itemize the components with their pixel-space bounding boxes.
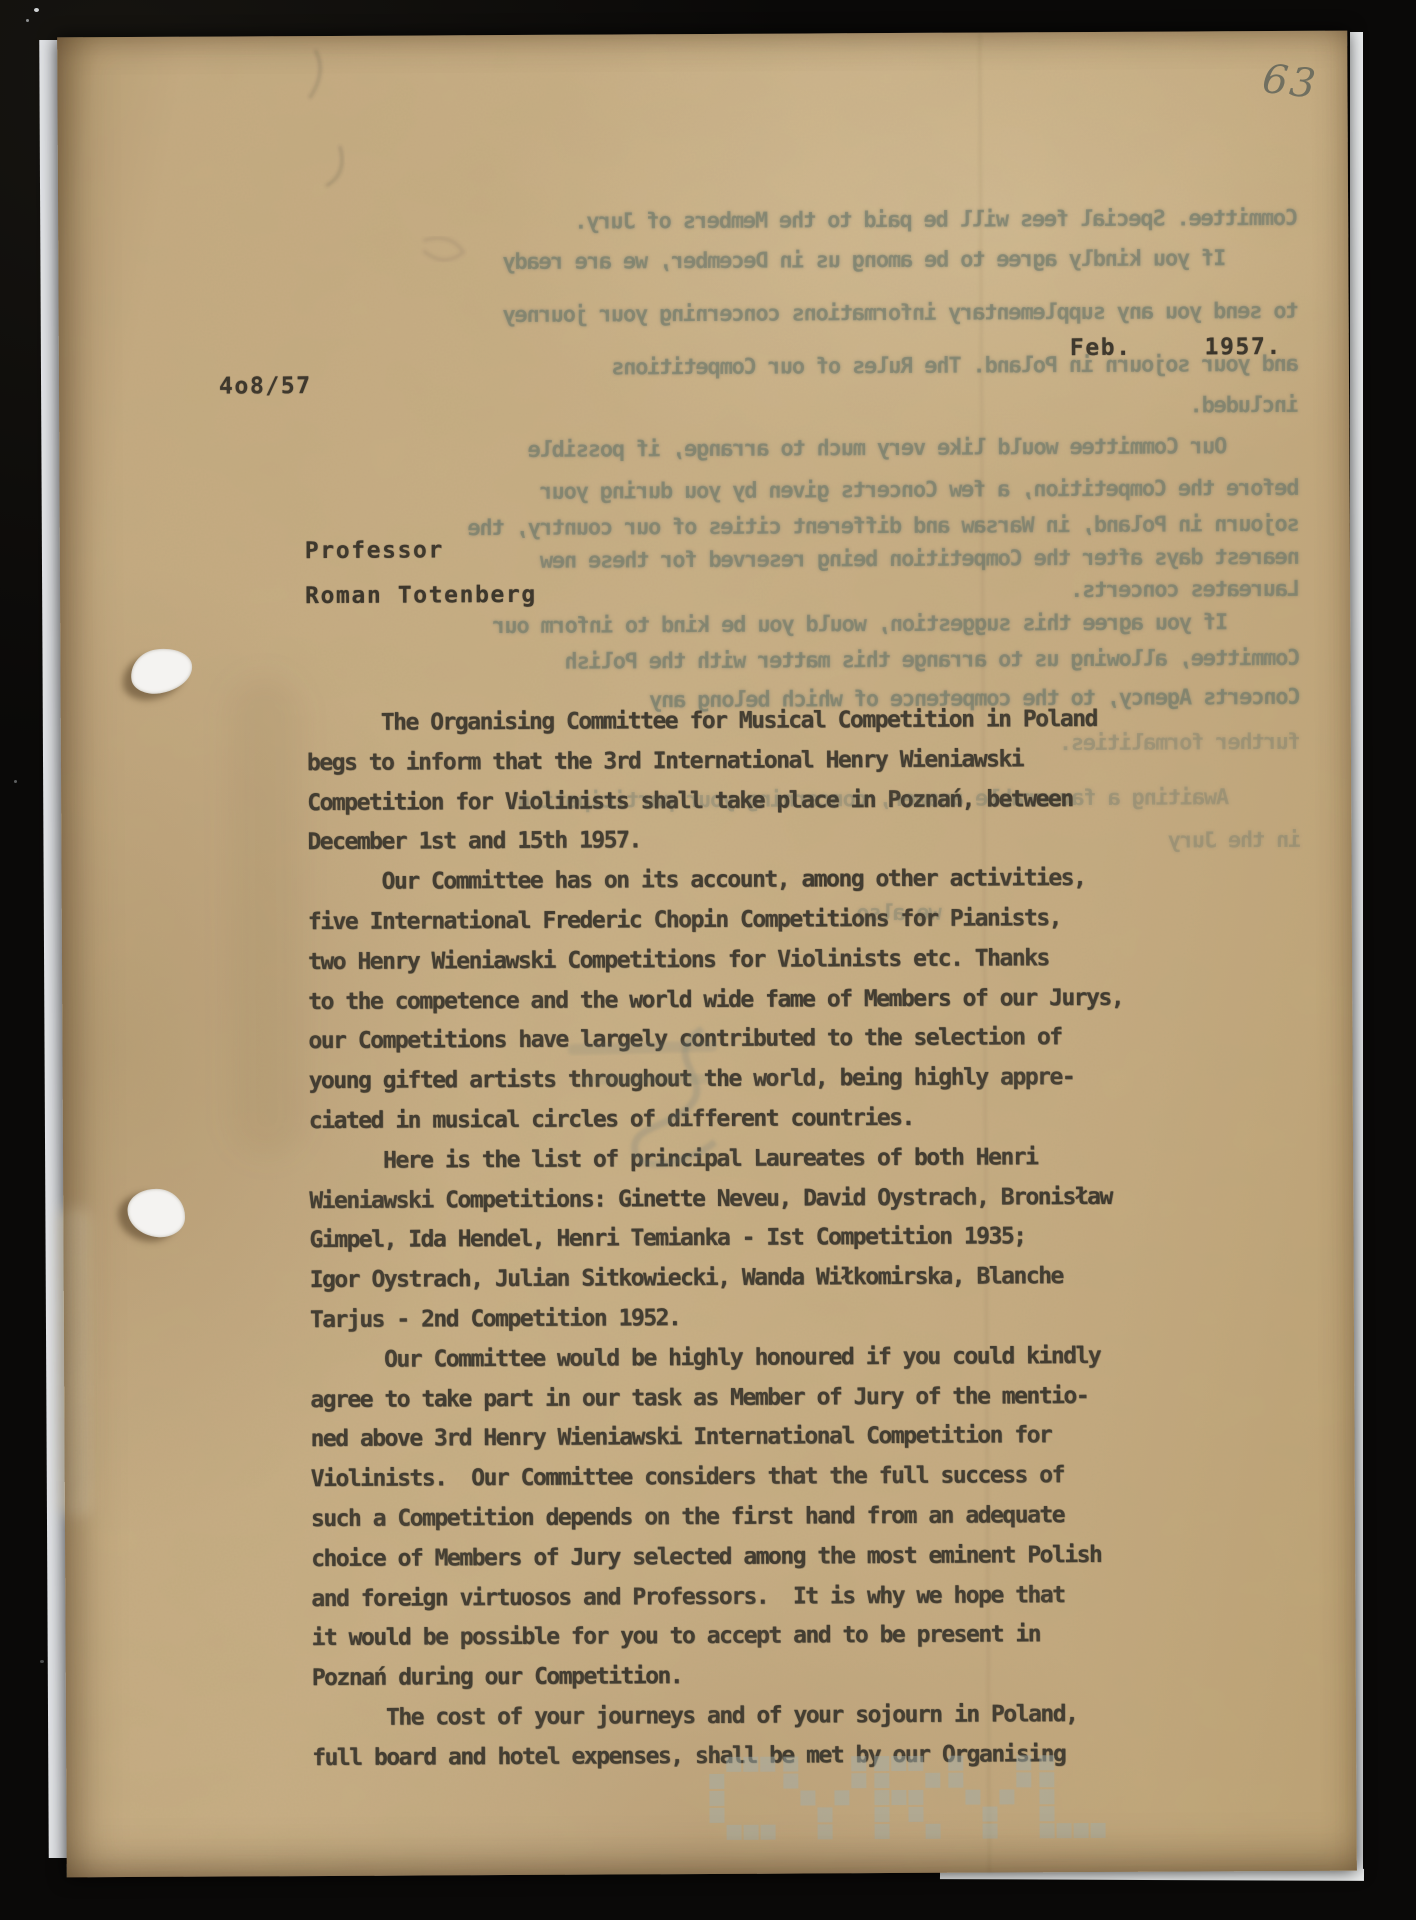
bleed-line: sojourn in Poland, in Warsaw and differe… — [469, 510, 1300, 544]
watermark-block — [1040, 1823, 1055, 1838]
watermark-block — [874, 1790, 889, 1805]
typed-line: to the competence and the world wide fam… — [308, 978, 1123, 1022]
bleed-line: Committee. Special fees will be paid to … — [575, 204, 1298, 238]
hole-punch-top — [128, 645, 196, 697]
watermark-block — [891, 1790, 906, 1805]
typed-line: choice of Members of Jury selected among… — [311, 1536, 1126, 1580]
watermark-block — [817, 1807, 832, 1822]
watermark-block — [965, 1790, 980, 1805]
typed-line: Competition for Violinists shall take pl… — [307, 779, 1122, 823]
typed-line: such a Competition depends on the first … — [311, 1496, 1126, 1540]
pencil-smudge — [309, 50, 342, 186]
watermark-block — [875, 1824, 890, 1839]
typed-line: ciated in musical circles of different c… — [309, 1098, 1124, 1142]
bleed-line: before the Competition, a few Concerts g… — [541, 474, 1300, 508]
bleed-line: included. — [1191, 391, 1300, 422]
handwritten-page-number: 63 — [1260, 56, 1320, 108]
typed-line: Tarjus - 2nd Competition 1952. — [310, 1297, 1125, 1341]
typed-line: Poznań during our Competition. — [312, 1655, 1127, 1699]
addressee-name: Roman Totenberg — [305, 573, 537, 619]
watermark-block — [727, 1825, 742, 1840]
typed-line: Our Committee has on its account, among … — [308, 859, 1123, 903]
typed-line: two Henry Wieniawski Competitions for Vi… — [308, 939, 1123, 983]
typed-line: December 1st and 15th 1957. — [307, 819, 1122, 863]
watermark-block — [1091, 1823, 1106, 1838]
watermark-block — [834, 1790, 849, 1805]
watermark-block — [926, 1824, 941, 1839]
bleed-line: Laureates concerts. — [1071, 575, 1300, 606]
paper-stain — [229, 676, 304, 1156]
typed-line: Our Committee would be highly honoured i… — [310, 1337, 1125, 1381]
date-month: Feb. — [1070, 335, 1132, 361]
typed-line: Violinists. Our Committee considers that… — [311, 1456, 1126, 1500]
scanned-letter-page: Committee. Special fees will be paid to … — [57, 31, 1357, 1878]
bleed-line: in the Jury — [1169, 826, 1302, 857]
watermark-block — [999, 1789, 1014, 1804]
date-line: Feb.1957. — [1070, 332, 1282, 363]
bleed-line: nearest days after the Competition being… — [541, 543, 1300, 577]
typed-line: young gifted artists throughout the worl… — [309, 1058, 1124, 1102]
hole-punch-bottom — [125, 1187, 187, 1240]
letter-body: The Organising Committee for Musical Com… — [307, 700, 1128, 1779]
typed-line: and foreign virtuosos and Professors. It… — [311, 1575, 1126, 1619]
watermark-block — [1039, 1789, 1054, 1804]
addressee-block: ProfessorRoman Totenberg — [305, 528, 537, 619]
bleed-line: to send you any supplementary informatio… — [504, 297, 1299, 331]
dust-speck — [26, 19, 29, 22]
dust-speck — [40, 1660, 44, 1663]
torn-edge-highlight — [59, 1207, 91, 1517]
pencil-smudge — [423, 238, 463, 260]
watermark-block — [1039, 1806, 1054, 1821]
watermark-block — [874, 1807, 889, 1822]
watermark-block — [744, 1825, 759, 1840]
typed-line: our Competitions have largely contribute… — [308, 1018, 1123, 1062]
dust-speck — [34, 8, 39, 12]
scan-background: Committee. Special fees will be paid to … — [0, 0, 1416, 1920]
typed-line: Gimpel, Ida Hendel, Henri Temianka - Ist… — [309, 1217, 1124, 1261]
bleed-line: If you agree this suggestion, would you … — [493, 608, 1228, 642]
bleed-line: Committee, allowing us to arrange this m… — [566, 644, 1301, 678]
watermark-block — [800, 1790, 815, 1805]
dust-speck — [14, 780, 17, 783]
bleed-line: If you kindly agree to be among us in De… — [504, 244, 1227, 278]
watermark-block — [709, 1791, 724, 1806]
watermark-block — [818, 1824, 833, 1839]
typed-line: The cost of your journeys and of your so… — [312, 1695, 1127, 1739]
reference-number: 4o8/57 — [219, 371, 312, 401]
typed-line: agree to take part in our task as Member… — [310, 1376, 1125, 1420]
watermark-block — [908, 1790, 923, 1805]
watermark-block — [709, 1808, 724, 1823]
typed-line: it would be possible for you to accept a… — [311, 1615, 1126, 1659]
typed-line: The Organising Committee for Musical Com… — [307, 700, 1122, 744]
typed-line: Igor Oystrach, Julian Sitkowiecki, Wanda… — [310, 1257, 1125, 1301]
watermark-block — [761, 1825, 776, 1840]
watermark-block — [908, 1807, 923, 1822]
typed-line: Here is the list of principal Laureates … — [309, 1138, 1124, 1182]
typed-line: begs to inform that the 3rd Internationa… — [307, 740, 1122, 784]
typed-line: ned above 3rd Henry Wieniawski Internati… — [310, 1416, 1125, 1460]
typed-line: five International Frederic Chopin Compe… — [308, 899, 1123, 943]
date-year: 1957. — [1205, 334, 1282, 360]
watermark-block — [1074, 1823, 1089, 1838]
addressee-title: Professor — [305, 528, 537, 574]
typed-line: full board and hotel expenses, shall be … — [312, 1735, 1127, 1779]
bleed-line: Our Committee would like very much to ar… — [529, 432, 1228, 466]
watermark-block — [1057, 1823, 1072, 1838]
typed-line: Wieniawski Competitions: Ginette Neveu, … — [309, 1177, 1124, 1221]
